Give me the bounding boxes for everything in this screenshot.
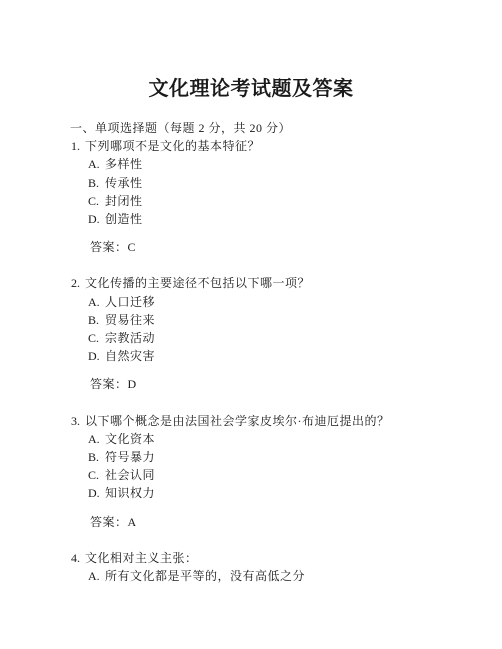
option-letter: C.	[88, 329, 105, 347]
document-page: 文化理论考试题及答案 一、单项选择题（每题 2 分，共 20 分） 1. 下列哪…	[0, 0, 502, 649]
option-letter: D.	[88, 484, 105, 502]
question-text: 文化传播的主要途径不包括以下哪一项？	[85, 274, 310, 292]
option-text: 人口迁移	[105, 293, 155, 311]
option-text: 知识权力	[105, 484, 155, 502]
answer-row: 答案：A	[0, 513, 502, 531]
option-row: B. 贸易往来	[0, 311, 502, 329]
page-title: 文化理论考试题及答案	[0, 0, 502, 102]
question-block: 1. 下列哪项不是文化的基本特征？ A. 多样性 B. 传承性 C. 封闭性 D…	[0, 137, 502, 256]
option-text: 社会认同	[105, 466, 155, 484]
option-letter: C.	[88, 192, 105, 210]
option-row: C. 宗教活动	[0, 329, 502, 347]
answer-row: 答案：C	[0, 238, 502, 256]
option-letter: D.	[88, 210, 105, 228]
option-row: A. 多样性	[0, 155, 502, 173]
answer-value: C	[128, 240, 137, 254]
option-text: 宗教活动	[105, 329, 155, 347]
question-text: 以下哪个概念是由法国社会学家皮埃尔·布迪厄提出的？	[85, 412, 390, 430]
question-number: 4.	[71, 549, 85, 567]
answer-label: 答案：	[90, 377, 128, 391]
question-number: 3.	[71, 412, 85, 430]
option-text: 自然灾害	[105, 347, 155, 365]
option-text: 创造性	[105, 210, 143, 228]
question-line: 1. 下列哪项不是文化的基本特征？	[0, 137, 502, 155]
option-letter: B.	[88, 311, 105, 329]
option-text: 符号暴力	[105, 448, 155, 466]
option-row: D. 自然灾害	[0, 347, 502, 365]
option-row: B. 传承性	[0, 174, 502, 192]
question-line: 2. 文化传播的主要途径不包括以下哪一项？	[0, 274, 502, 292]
option-letter: A.	[88, 567, 105, 585]
answer-value: D	[128, 377, 137, 391]
option-letter: B.	[88, 448, 105, 466]
option-letter: A.	[88, 430, 105, 448]
option-row: A. 人口迁移	[0, 293, 502, 311]
option-text: 传承性	[105, 174, 143, 192]
option-letter: A.	[88, 155, 105, 173]
section-heading: 一、单项选择题（每题 2 分，共 20 分）	[0, 119, 502, 137]
option-row: A. 文化资本	[0, 430, 502, 448]
option-row: D. 创造性	[0, 210, 502, 228]
question-text: 下列哪项不是文化的基本特征？	[85, 137, 260, 155]
option-row: C. 社会认同	[0, 466, 502, 484]
question-block: 2. 文化传播的主要途径不包括以下哪一项？ A. 人口迁移 B. 贸易往来 C.…	[0, 274, 502, 393]
question-line: 4. 文化相对主义主张：	[0, 549, 502, 567]
option-row: D. 知识权力	[0, 484, 502, 502]
answer-label: 答案：	[90, 515, 128, 529]
question-block: 3. 以下哪个概念是由法国社会学家皮埃尔·布迪厄提出的？ A. 文化资本 B. …	[0, 412, 502, 531]
answer-row: 答案：D	[0, 375, 502, 393]
option-letter: D.	[88, 347, 105, 365]
option-text: 多样性	[105, 155, 143, 173]
option-row: C. 封闭性	[0, 192, 502, 210]
option-row: A. 所有文化都是平等的，没有高低之分	[0, 567, 502, 585]
question-number: 1.	[71, 137, 85, 155]
question-line: 3. 以下哪个概念是由法国社会学家皮埃尔·布迪厄提出的？	[0, 412, 502, 430]
option-text: 文化资本	[105, 430, 155, 448]
option-text: 封闭性	[105, 192, 143, 210]
option-row: B. 符号暴力	[0, 448, 502, 466]
answer-label: 答案：	[90, 240, 128, 254]
option-letter: C.	[88, 466, 105, 484]
question-text: 文化相对主义主张：	[85, 549, 198, 567]
answer-value: A	[128, 515, 137, 529]
option-text: 贸易往来	[105, 311, 155, 329]
option-letter: A.	[88, 293, 105, 311]
question-block: 4. 文化相对主义主张： A. 所有文化都是平等的，没有高低之分	[0, 549, 502, 585]
option-text: 所有文化都是平等的，没有高低之分	[105, 567, 305, 585]
question-number: 2.	[71, 274, 85, 292]
option-letter: B.	[88, 174, 105, 192]
